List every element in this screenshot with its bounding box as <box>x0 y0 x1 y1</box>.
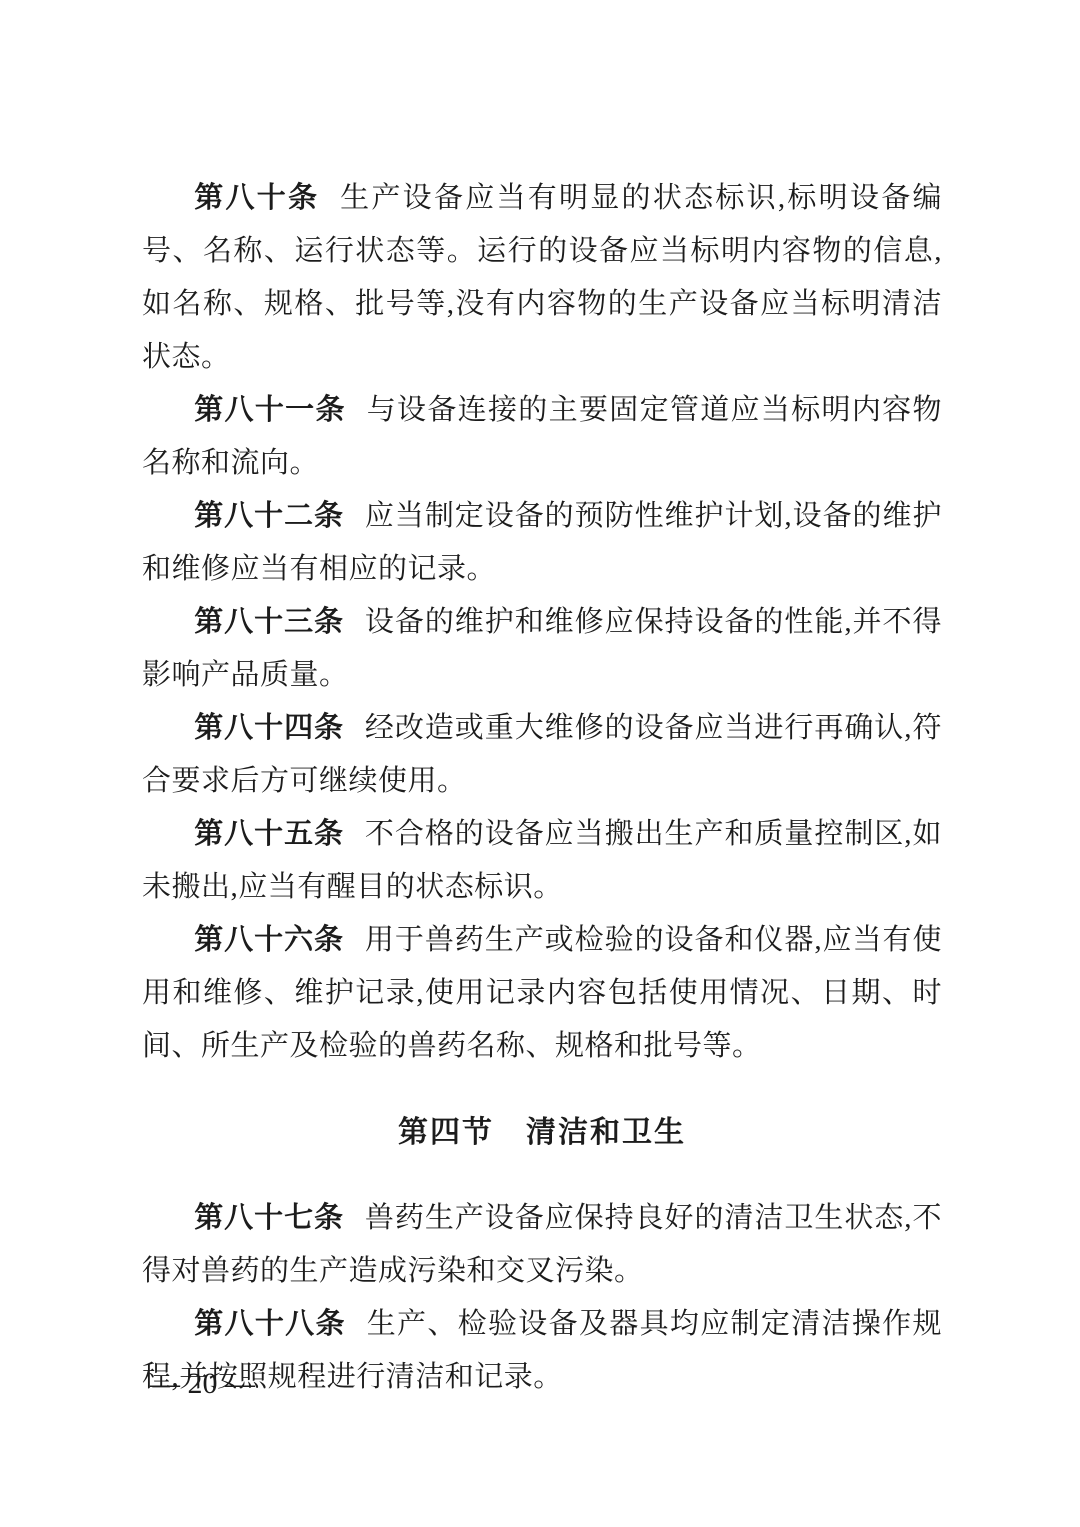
article-paragraph: 第八十一条与设备连接的主要固定管道应当标明内容物名称和流向。 <box>142 384 942 490</box>
article-paragraph: 第八十五条不合格的设备应当搬出生产和质量控制区,如未搬出,应当有醒目的状态标识。 <box>142 808 942 914</box>
article-paragraph: 第八十三条设备的维护和维修应保持设备的性能,并不得影响产品质量。 <box>142 596 942 702</box>
article-paragraph: 第八十二条应当制定设备的预防性维护计划,设备的维护和维修应当有相应的记录。 <box>142 490 942 596</box>
article-number: 第八十二条 <box>194 500 344 532</box>
article-paragraph: 第八十七条兽药生产设备应保持良好的清洁卫生状态,不得对兽药的生产造成污染和交叉污… <box>142 1192 942 1298</box>
document-body: 第八十条生产设备应当有明显的状态标识,标明设备编号、名称、运行状态等。运行的设备… <box>142 172 942 1404</box>
article-paragraph: 第八十条生产设备应当有明显的状态标识,标明设备编号、名称、运行状态等。运行的设备… <box>142 172 942 384</box>
article-paragraph: 第八十四条经改造或重大维修的设备应当进行再确认,符合要求后方可继续使用。 <box>142 702 942 808</box>
article-number: 第八十五条 <box>194 818 344 850</box>
article-number: 第八十八条 <box>194 1308 346 1340</box>
section-heading: 第四节 清洁和卫生 <box>142 1106 942 1159</box>
page-number: — 20 — <box>150 1366 255 1402</box>
article-number: 第八十四条 <box>194 712 344 744</box>
article-paragraph: 第八十六条用于兽药生产或检验的设备和仪器,应当有使用和维修、维护记录,使用记录内… <box>142 914 942 1073</box>
article-number: 第八十七条 <box>194 1202 344 1234</box>
article-number: 第八十条 <box>194 182 319 214</box>
article-number: 第八十一条 <box>194 394 346 426</box>
document-page: 第八十条生产设备应当有明显的状态标识,标明设备编号、名称、运行状态等。运行的设备… <box>0 0 1080 1527</box>
article-number: 第八十六条 <box>194 924 344 956</box>
article-number: 第八十三条 <box>194 606 344 638</box>
article-paragraph: 第八十八条生产、检验设备及器具均应制定清洁操作规程,并按照规程进行清洁和记录。 <box>142 1298 942 1404</box>
